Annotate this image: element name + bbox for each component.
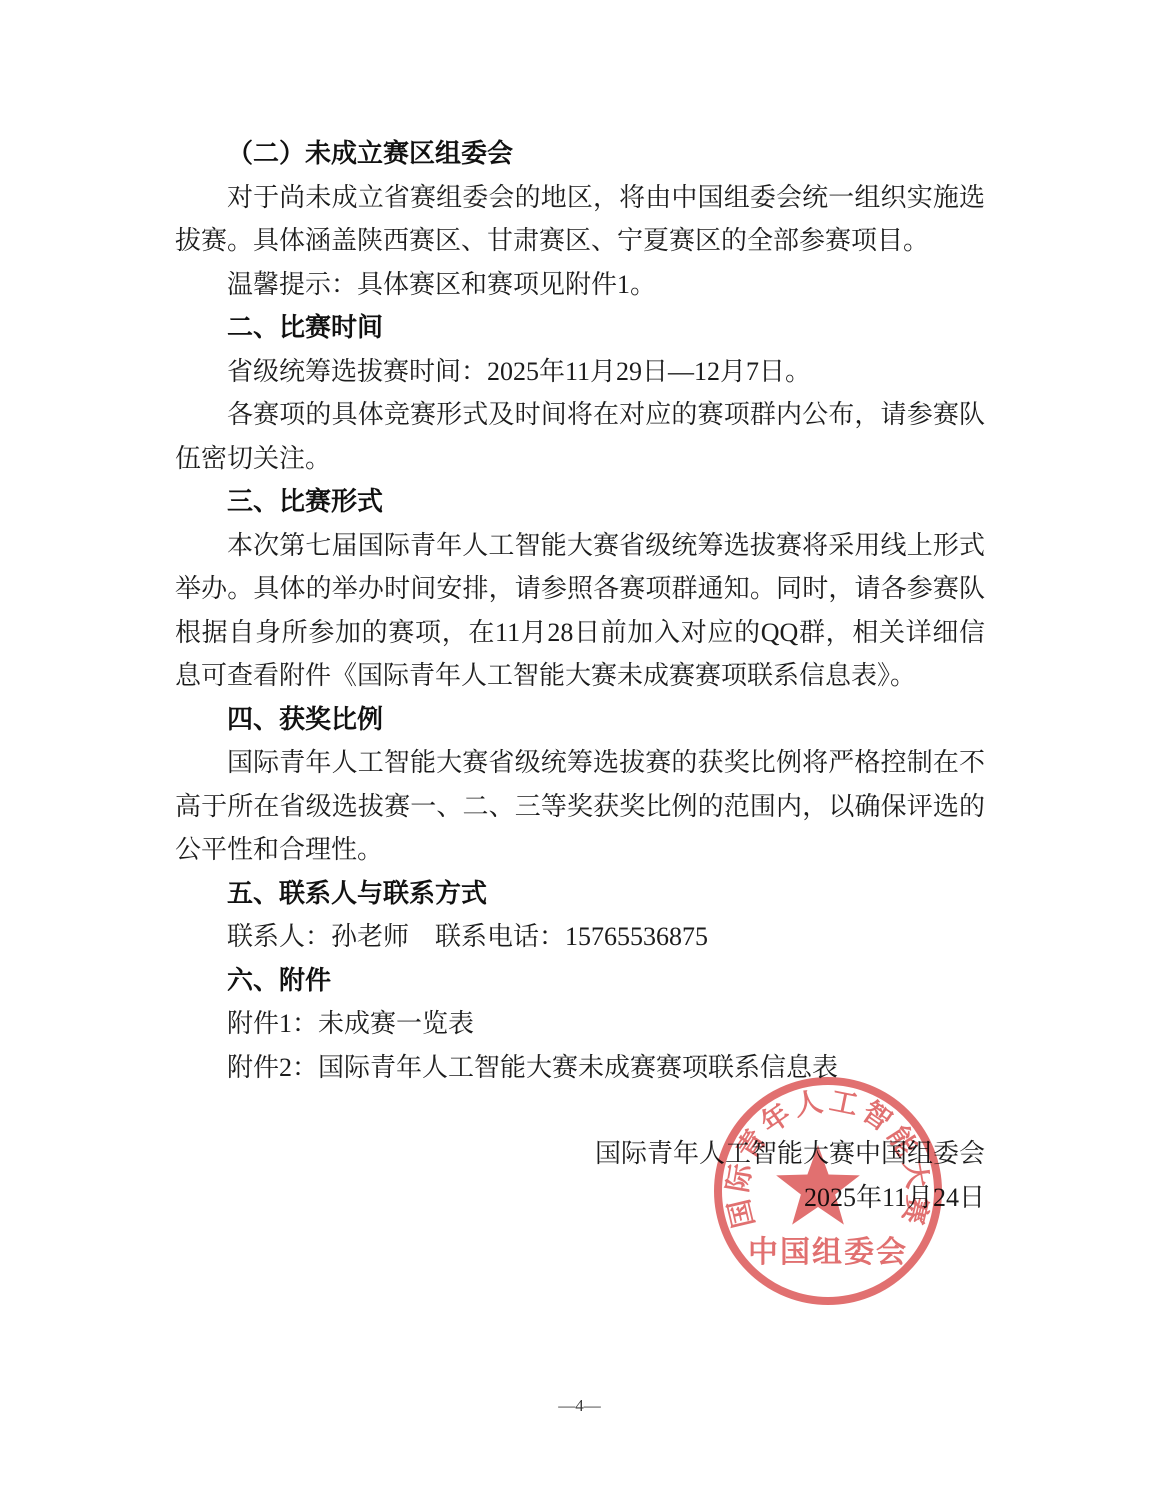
paragraph-unestablished-region: 对于尚未成立省赛组委会的地区，将由中国组委会统一组织实施选拔赛。具体涵盖陕西赛区…	[175, 176, 985, 263]
section-heading-award-ratio: 四、获奖比例	[175, 698, 985, 742]
page-number: —4—	[0, 1396, 1159, 1416]
paragraph-event-schedule-notice: 各赛项的具体竞赛形式及时间将在对应的赛项群内公布，请参赛队伍密切关注。	[175, 393, 985, 480]
section-heading-unestablished-region-committee: （二）未成立赛区组委会	[175, 132, 985, 176]
signature-date: 2025年11月24日	[595, 1176, 985, 1220]
paragraph-competition-format: 本次第七届国际青年人工智能大赛省级统筹选拔赛将采用线上形式举办。具体的举办时间安…	[175, 524, 985, 698]
signature-block: 国际青年人工智能大赛中国组委会 2025年11月24日	[595, 1132, 985, 1219]
paragraph-selection-time: 省级统筹选拔赛时间：2025年11月29日—12月7日。	[175, 350, 985, 394]
paragraph-tip: 温馨提示：具体赛区和赛项见附件1。	[175, 263, 985, 307]
seal-bottom-text: 中国组委会	[748, 1236, 908, 1269]
paragraph-award-ratio: 国际青年人工智能大赛省级统筹选拔赛的获奖比例将严格控制在不高于所在省级选拔赛一、…	[175, 741, 985, 872]
section-heading-competition-format: 三、比赛形式	[175, 480, 985, 524]
document-page: （二）未成立赛区组委会 对于尚未成立省赛组委会的地区，将由中国组委会统一组织实施…	[0, 0, 1159, 1500]
signature-organization: 国际青年人工智能大赛中国组委会	[595, 1132, 985, 1176]
section-heading-attachments: 六、附件	[175, 959, 985, 1003]
section-heading-contact: 五、联系人与联系方式	[175, 872, 985, 916]
contact-line: 联系人：孙老师 联系电话：15765536875	[175, 915, 985, 959]
section-heading-competition-time: 二、比赛时间	[175, 306, 985, 350]
notice-body: （二）未成立赛区组委会 对于尚未成立省赛组委会的地区，将由中国组委会统一组织实施…	[175, 132, 985, 1089]
attachment-2: 附件2：国际青年人工智能大赛未成赛赛项联系信息表	[175, 1046, 985, 1090]
attachment-1: 附件1：未成赛一览表	[175, 1002, 985, 1046]
